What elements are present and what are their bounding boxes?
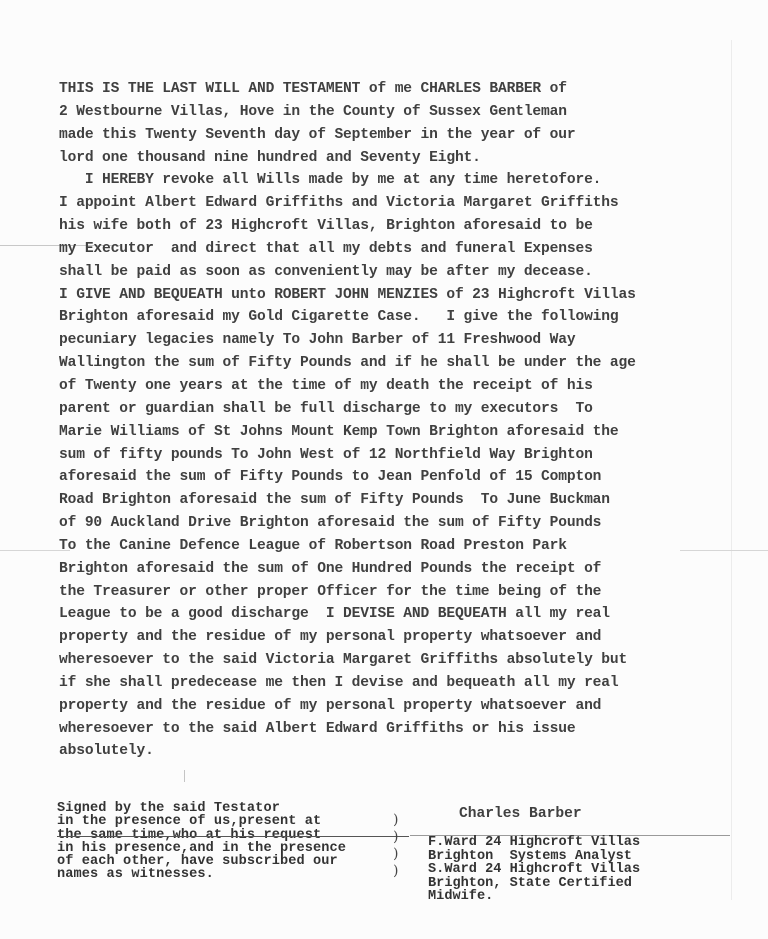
body-line: I GIVE AND BEQUEATH unto ROBERT JOHN MEN… bbox=[59, 284, 739, 307]
brace-segment: ) bbox=[393, 812, 398, 829]
witness-line: Midwife. bbox=[428, 890, 640, 904]
witness-line: Brighton Systems Analyst bbox=[428, 850, 640, 864]
body-line: THIS IS THE LAST WILL AND TESTAMENT of m… bbox=[59, 78, 739, 101]
body-line: property and the residue of my personal … bbox=[59, 695, 739, 718]
body-line: the Treasurer or other proper Officer fo… bbox=[59, 581, 739, 604]
attestation-line: of each other, have subscribed our bbox=[57, 855, 346, 868]
attestation-line: in his presence,and in the presence bbox=[57, 842, 346, 855]
attestation-line: Signed by the said Testator bbox=[57, 802, 346, 815]
brace-mark: )))) bbox=[393, 812, 398, 880]
body-line: pecuniary legacies namely To John Barber… bbox=[59, 329, 739, 352]
body-line: I appoint Albert Edward Griffiths and Vi… bbox=[59, 192, 739, 215]
body-line: Brighton aforesaid the sum of One Hundre… bbox=[59, 558, 739, 581]
body-line: Wallington the sum of Fifty Pounds and i… bbox=[59, 352, 739, 375]
body-line: wheresoever to the said Victoria Margare… bbox=[59, 649, 739, 672]
body-line: Road Brighton aforesaid the sum of Fifty… bbox=[59, 489, 739, 512]
body-line: Marie Williams of St Johns Mount Kemp To… bbox=[59, 421, 739, 444]
body-line: shall be paid as soon as conveniently ma… bbox=[59, 261, 739, 284]
brace-segment: ) bbox=[393, 863, 398, 880]
body-line: if she shall predecease me then I devise… bbox=[59, 672, 739, 695]
body-line: I HEREBY revoke all Wills made by me at … bbox=[59, 169, 739, 192]
body-line: of 90 Auckland Drive Brighton aforesaid … bbox=[59, 512, 739, 535]
body-line: property and the residue of my personal … bbox=[59, 626, 739, 649]
body-line: of Twenty one years at the time of my de… bbox=[59, 375, 739, 398]
brace-segment: ) bbox=[393, 829, 398, 846]
attestation-clause: Signed by the said Testatorin the presen… bbox=[57, 802, 346, 882]
body-line: my Executor and direct that all my debts… bbox=[59, 238, 739, 261]
attestation-line: in the presence of us,present at bbox=[57, 815, 346, 828]
body-line: 2 Westbourne Villas, Hove in the County … bbox=[59, 101, 739, 124]
body-line: absolutely. bbox=[59, 740, 739, 763]
body-line: aforesaid the sum of Fifty Pounds to Jea… bbox=[59, 466, 739, 489]
witness-details: F.Ward 24 Highcroft VillasBrighton Syste… bbox=[428, 836, 640, 904]
brace-segment: ) bbox=[393, 846, 398, 863]
stray-mark bbox=[184, 770, 185, 782]
body-line: his wife both of 23 Highcroft Villas, Br… bbox=[59, 215, 739, 238]
body-line: parent or guardian shall be full dischar… bbox=[59, 398, 739, 421]
body-line: sum of fifty pounds To John West of 12 N… bbox=[59, 444, 739, 467]
witness-line: Brighton, State Certified bbox=[428, 877, 640, 891]
will-body: THIS IS THE LAST WILL AND TESTAMENT of m… bbox=[59, 78, 739, 763]
body-line: made this Twenty Seventh day of Septembe… bbox=[59, 124, 739, 147]
body-line: wheresoever to the said Albert Edward Gr… bbox=[59, 718, 739, 741]
body-line: Brighton aforesaid my Gold Cigarette Cas… bbox=[59, 306, 739, 329]
witness-line: S.Ward 24 Highcroft Villas bbox=[428, 863, 640, 877]
body-line: lord one thousand nine hundred and Seven… bbox=[59, 147, 739, 170]
witness-line: F.Ward 24 Highcroft Villas bbox=[428, 836, 640, 850]
document-page: THIS IS THE LAST WILL AND TESTAMENT of m… bbox=[0, 0, 768, 939]
attestation-line: names as witnesses. bbox=[57, 868, 346, 881]
strikethrough-line bbox=[57, 836, 409, 837]
body-line: To the Canine Defence League of Robertso… bbox=[59, 535, 739, 558]
body-line: League to be a good discharge I DEVISE A… bbox=[59, 603, 739, 626]
testator-signature: Charles Barber bbox=[459, 806, 582, 822]
